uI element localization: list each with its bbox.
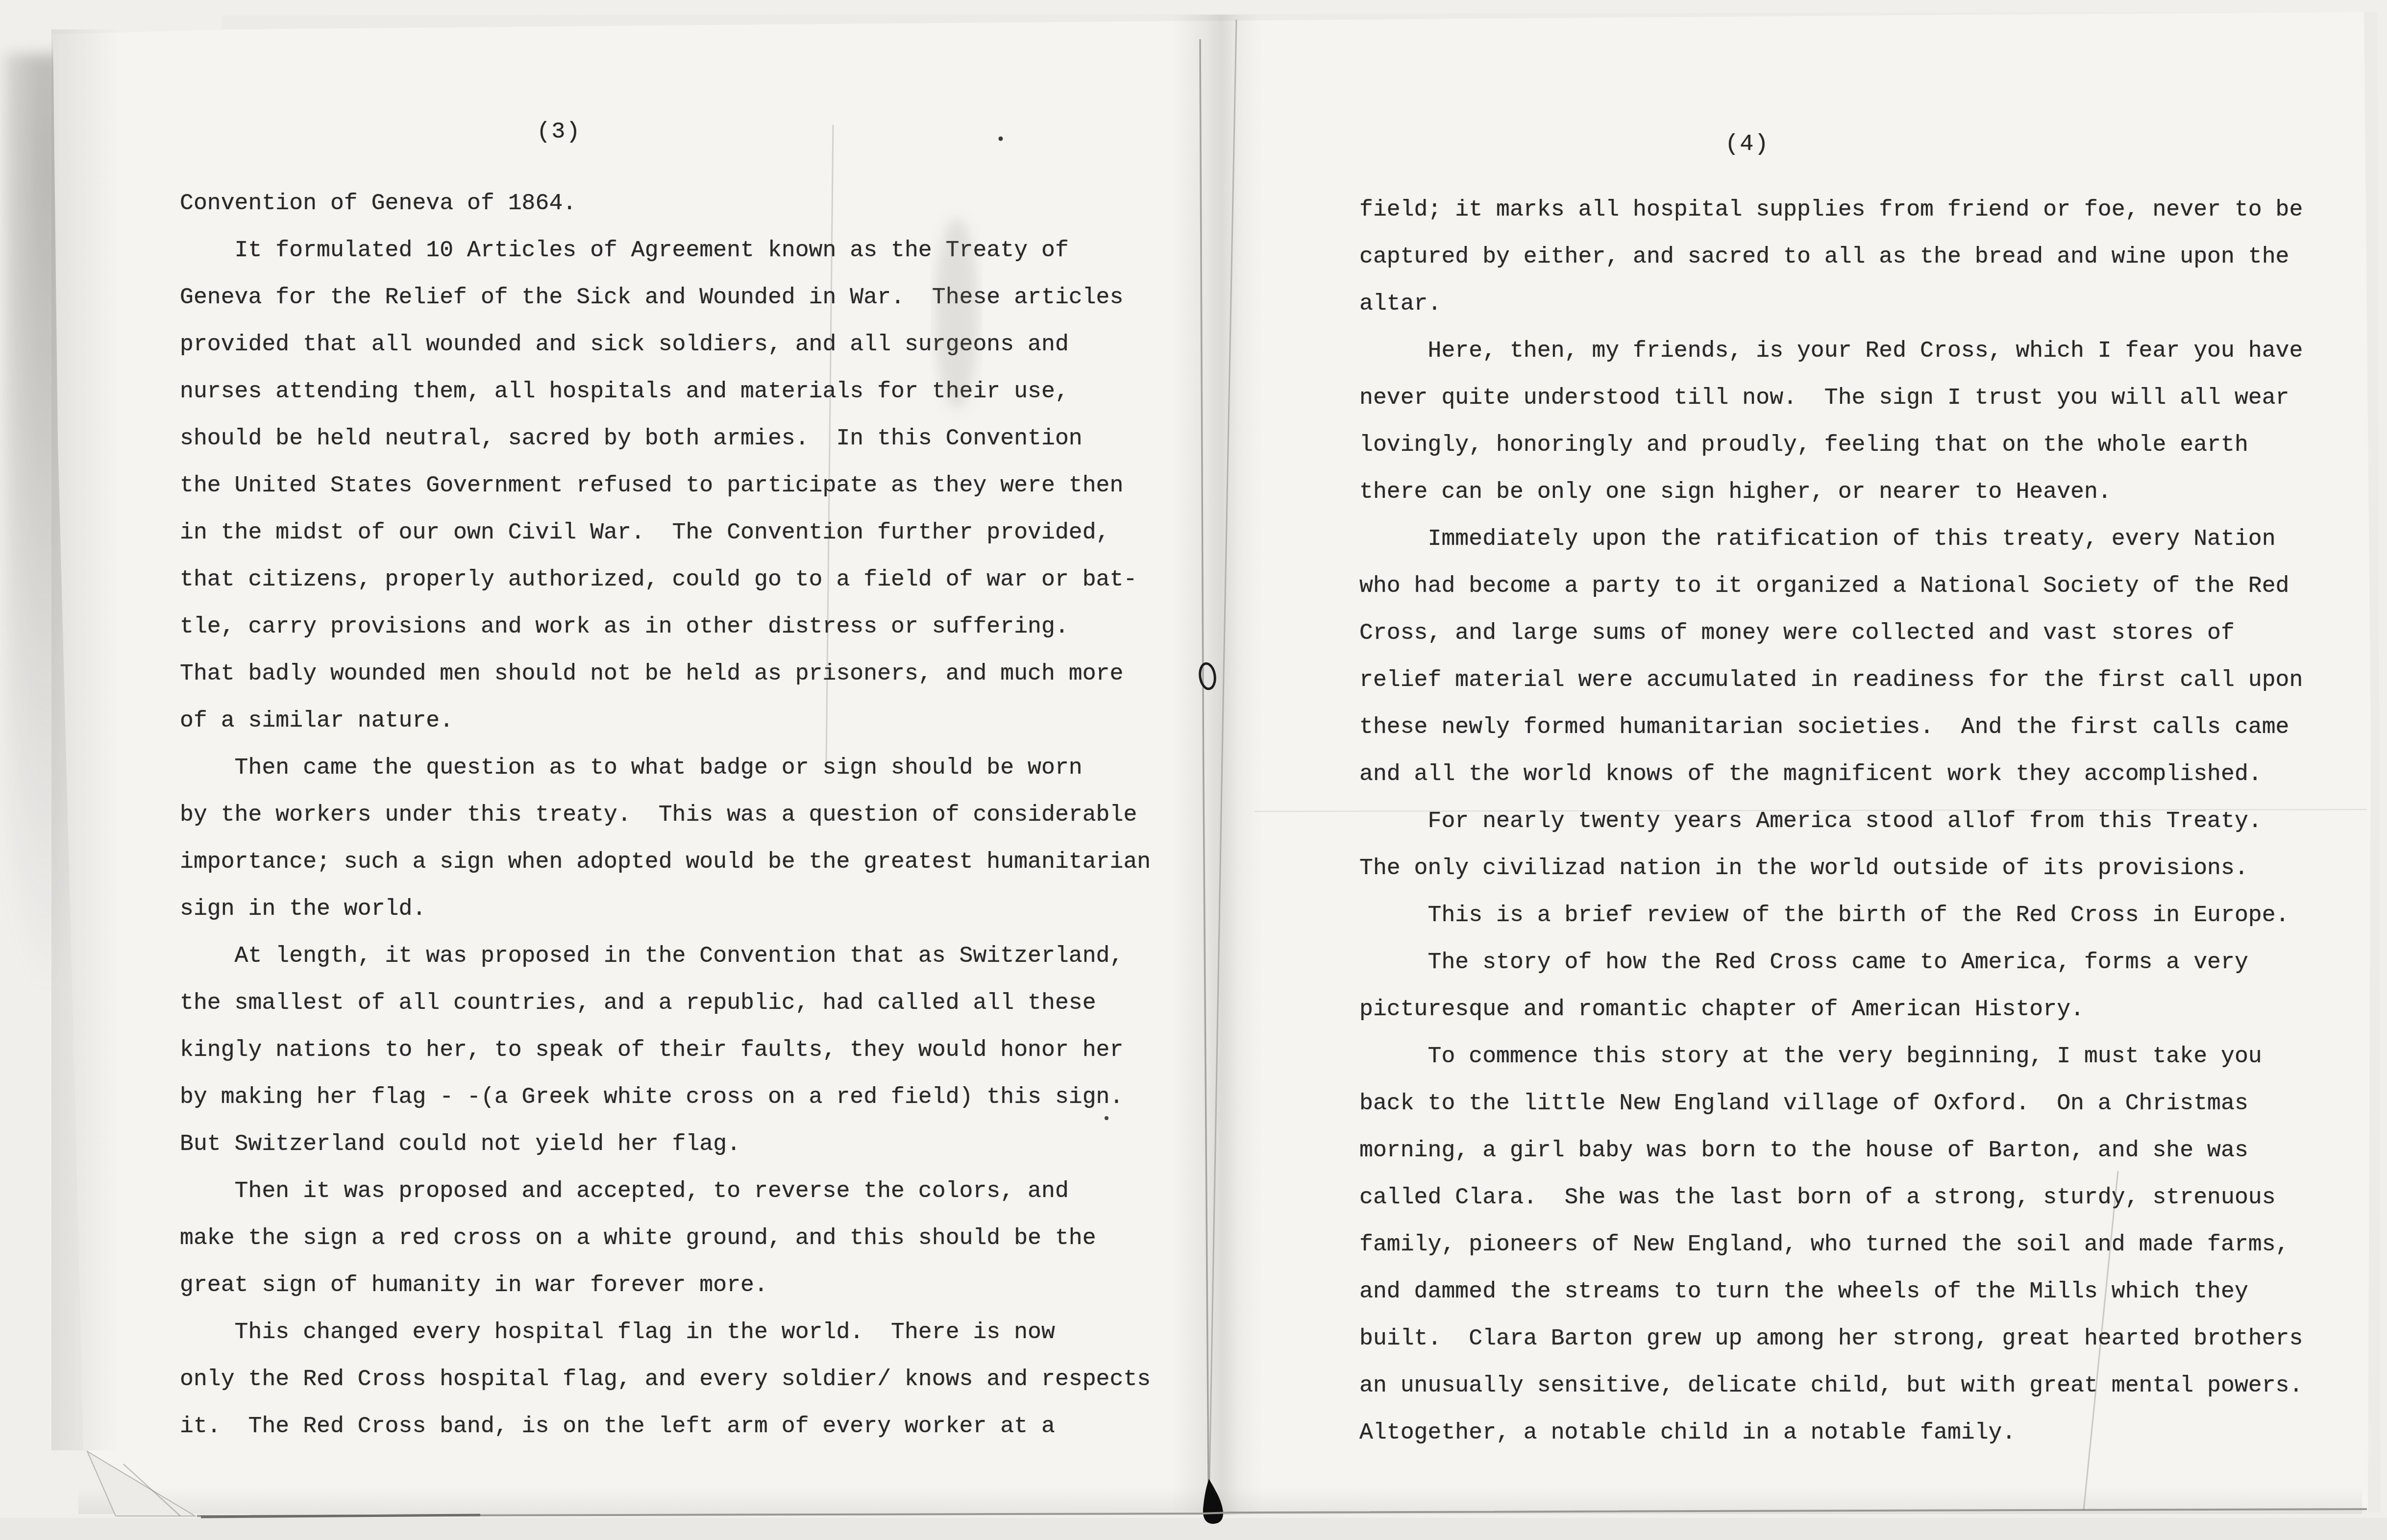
text-line: altar. xyxy=(1359,280,2303,327)
text-line: This changed every hospital flag in the … xyxy=(180,1309,1151,1356)
text-line: For nearly twenty years America stood al… xyxy=(1359,798,2303,845)
text-line: and dammed the streams to turn the wheel… xyxy=(1359,1268,2303,1315)
text-line: make the sign a red cross on a white gro… xyxy=(180,1215,1151,1262)
text-line: But Switzerland could not yield her flag… xyxy=(180,1121,1151,1168)
text-line: That badly wounded men should not be hel… xyxy=(180,650,1151,697)
text-line: should be held neutral, sacred by both a… xyxy=(180,415,1151,462)
text-line: provided that all wounded and sick soldi… xyxy=(180,321,1151,368)
page-bottom-shading xyxy=(78,1487,2362,1514)
text-line: Then it was proposed and accepted, to re… xyxy=(180,1168,1151,1215)
page-left-edge-shade xyxy=(51,29,120,1450)
text-line: At length, it was proposed in the Conven… xyxy=(180,932,1151,979)
text-line: by making her flag - -(a Greek white cro… xyxy=(180,1074,1151,1121)
text-line: tle, carry provisions and work as in oth… xyxy=(180,603,1151,650)
left-page-number: (3) xyxy=(537,119,581,145)
text-line: who had become a party to it organized a… xyxy=(1359,562,2303,610)
center-fold-shading xyxy=(1171,15,1262,1515)
text-line: Then came the question as to what badge … xyxy=(180,744,1151,791)
text-line: family, pioneers of New England, who tur… xyxy=(1359,1221,2303,1268)
text-line: that citizens, properly authorized, coul… xyxy=(180,556,1151,603)
text-line: lovingly, honoringly and proudly, feelin… xyxy=(1359,421,2303,468)
text-line: called Clara. She was the last born of a… xyxy=(1359,1174,2303,1221)
text-line: Geneva for the Relief of the Sick and Wo… xyxy=(180,274,1151,321)
text-line: Convention of Geneva of 1864. xyxy=(180,180,1151,227)
text-line: an unusually sensitive, delicate child, … xyxy=(1359,1362,2303,1409)
text-line: built. Clara Barton grew up among her st… xyxy=(1359,1315,2303,1362)
scanner-bed-bottom xyxy=(0,1518,2387,1540)
text-line: picturesque and romantic chapter of Amer… xyxy=(1359,986,2303,1033)
text-line: It formulated 10 Articles of Agreement k… xyxy=(180,227,1151,274)
text-line: Altogether, a notable child in a notable… xyxy=(1359,1409,2303,1456)
text-line: captured by either, and sacred to all as… xyxy=(1359,233,2303,280)
text-line: importance; such a sign when adopted wou… xyxy=(180,838,1151,885)
text-line: The story of how the Red Cross came to A… xyxy=(1359,939,2303,986)
text-line: the United States Government refused to … xyxy=(180,462,1151,509)
text-line: these newly formed humanitarian societie… xyxy=(1359,704,2303,751)
text-line: relief material were accumulated in read… xyxy=(1359,657,2303,704)
text-line: great sign of humanity in war forever mo… xyxy=(180,1262,1151,1309)
text-line: field; it marks all hospital supplies fr… xyxy=(1359,186,2303,233)
text-line: back to the little New England village o… xyxy=(1359,1080,2303,1127)
text-line: nurses attending them, all hospitals and… xyxy=(180,368,1151,415)
text-line: sign in the world. xyxy=(180,885,1151,932)
text-line: Cross, and large sums of money were coll… xyxy=(1359,610,2303,657)
text-line: morning, a girl baby was born to the hou… xyxy=(1359,1127,2303,1174)
text-line: This is a brief review of the birth of t… xyxy=(1359,892,2303,939)
right-page-number: (4) xyxy=(1725,131,1770,157)
text-line: kingly nations to her, to speak of their… xyxy=(180,1027,1151,1074)
text-line: To commence this story at the very begin… xyxy=(1359,1033,2303,1080)
scanned-document-spread: (3) (4) Convention of Geneva of 1864. It… xyxy=(0,0,2387,1540)
text-line: never quite understood till now. The sig… xyxy=(1359,374,2303,421)
text-line: Immediately upon the ratification of thi… xyxy=(1359,515,2303,562)
text-line: The only civilizad nation in the world o… xyxy=(1359,845,2303,892)
text-line: by the workers under this treaty. This w… xyxy=(180,791,1151,838)
text-line: only the Red Cross hospital flag, and ev… xyxy=(180,1356,1151,1403)
text-line: of a similar nature. xyxy=(180,697,1151,744)
text-line: the smallest of all countries, and a rep… xyxy=(180,979,1151,1027)
text-line: there can be only one sign higher, or ne… xyxy=(1359,468,2303,515)
text-line: it. The Red Cross band, is on the left a… xyxy=(180,1403,1151,1450)
text-line: and all the world knows of the magnifice… xyxy=(1359,751,2303,798)
right-page-text: field; it marks all hospital supplies fr… xyxy=(1359,186,2303,1456)
text-line: Here, then, my friends, is your Red Cros… xyxy=(1359,327,2303,374)
text-line: in the midst of our own Civil War. The C… xyxy=(180,509,1151,556)
left-page-text: Convention of Geneva of 1864. It formula… xyxy=(180,180,1151,1450)
